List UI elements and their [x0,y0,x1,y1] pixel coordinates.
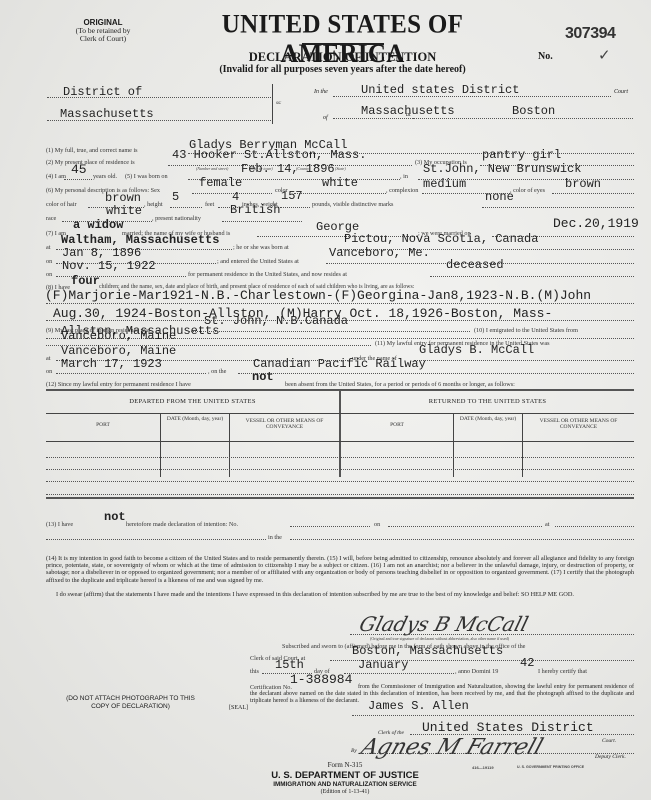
clerk-name-line [352,715,634,716]
eye-color: brown [565,178,601,190]
district-line [47,97,271,98]
race-label: race [46,215,56,222]
item-13-number-line [290,526,370,527]
col-header-port-departed: PORT [46,422,160,428]
district-state: Massachusetts [60,108,154,120]
complexion-label: , complexion [386,187,418,194]
entry-name-line [414,360,634,361]
deputy-clerk-label: Deputy Clerk. [595,754,626,760]
signature-caption: (Original and true signature of declaran… [370,636,509,641]
sublabel-state: (State) [335,166,346,171]
nationality: British [230,204,280,216]
venue-bracket [272,84,273,124]
birth-in-label: , in [400,173,408,180]
feet-label: feet [205,201,214,208]
photo-note: (DO NOT ATTACH PHOTOGRAPH TO THIS COPY O… [48,695,213,710]
occupation: pantry girl [482,149,561,161]
anno-domini-label: , anno Domini 19 [455,668,498,675]
district-state-line [47,120,271,121]
marks-label: pounds, visible distinctive marks [312,201,393,208]
subtitle-note: (Invalid for all purposes seven years af… [165,64,520,75]
clerk-at-place: Boston, Massachusetts [352,645,503,657]
item-13-in-the-label: in the [268,534,282,541]
foreign-residence: St. John, N.B.Canada [204,315,348,327]
check-mark-icon: ✓ [598,46,611,65]
weight-line [280,207,310,208]
sublabel-number-street: (Number and street) [196,166,228,171]
oath-month-line [344,673,454,674]
item-13-value: not [104,511,126,523]
height-feet-line [170,207,202,208]
item-13-on-label: on [374,521,380,528]
spouse-entry-on-label: on [46,271,52,278]
photo-note-line-2: COPY OF DECLARATION) [48,703,213,711]
col-header-date-departed: DATE (Month, day, year) [161,416,229,422]
vessel-name: Canadian Pacific Railway [253,358,426,370]
hair-label: color of hair [46,201,77,208]
oath-year: 42 [520,657,534,669]
col-header-port-returned: PORT [341,422,453,428]
eyes-line [552,193,634,194]
of-label: of [323,115,328,121]
court-label: Court [614,89,628,95]
document-subtitle: DECLARATION OF INTENTION [165,50,520,65]
permanent-residence-label: for permanent residence in the United St… [188,271,347,278]
item-10-label: (10) I emigrated to the United States fr… [474,327,578,334]
this-label: this [250,668,259,675]
entry-date-line [56,373,206,374]
serial-number: 307394 [565,25,615,43]
by-label: By [351,748,357,754]
item-13-place-line [555,526,634,527]
court-city: Boston [512,105,555,117]
clerk-court: United States District [422,721,594,734]
entry-name: Gladys B. McCall [419,344,534,356]
children-line-1: (F)Marjorie-Mar1921-N.B.-Charlestown-(F)… [45,289,591,302]
foreign-residence-line [188,331,470,332]
item-13-label-b: heretofore made declaration of intention… [126,521,238,528]
sex: female [199,177,242,189]
departed-header: DEPARTED FROM THE UNITED STATES [46,398,339,405]
col-header-date-returned: DATE (Month, day, year) [454,416,522,422]
residence: 43 Hooker St.Allston, Mass. [172,149,366,161]
certify-label: I hereby certify that [538,668,587,675]
item-13-at-label: at [545,521,549,528]
item-13-date-line [388,526,542,527]
clerk-name: James S. Allen [368,700,469,712]
item-13-label-a: (13) I have [46,521,73,528]
edition-note: (Edition of 1-13-41) [230,789,460,795]
title-rule [302,43,384,45]
nationality-line [222,221,302,222]
complexion: medium [423,178,466,190]
item-13-state-line [46,539,266,540]
spouse-birthplace: Pictou, Nova Scotia, Canada [344,233,538,245]
absent-value: not [252,371,274,383]
color-line [294,193,386,194]
entry-at-label: at [46,355,50,362]
photo-note-line-1: (DO NOT ATTACH PHOTOGRAPH TO THIS [48,695,213,703]
seal-label: [SEAL] [229,705,248,711]
returned-header: RETURNED TO THE UNITED STATES [341,398,634,405]
table-row[interactable] [46,469,634,470]
emigrated-from: Vanceboro, Maine [61,330,176,342]
marital-status: a widow [73,219,123,231]
deputy-line [360,753,634,754]
spouse-entry-date: Nov. 15, 1922 [62,260,156,272]
table-row[interactable] [46,494,634,495]
swear-paragraph: I do swear (affirm) that the statements … [46,591,634,598]
item-6-label: (6) My personal description is as follow… [46,187,160,194]
entry-place: Vanceboro, Maine [61,345,176,357]
marks-line [482,207,634,208]
declaration-of-intention-document: ORIGINAL (To be retained by Clerk of Cou… [0,0,651,800]
children-count: four [71,275,100,287]
deputy-signature: Agnes M Farrell [358,735,546,760]
original-note: (To be retained by Clerk of Court) [45,27,161,43]
original-note-line-2: Clerk of Court) [45,35,161,43]
item-13-court-line [290,539,634,540]
eyes-label: , color of eyes [510,187,545,194]
service-name: IMMIGRATION AND NATURALIZATION SERVICE [230,781,460,788]
table-bottom-rule [46,497,634,499]
oath-day: 15th [275,659,304,671]
spouse-residence-line [430,276,634,277]
item-1-label: (1) My full, true, and correct name is [46,147,138,154]
birth-date: Feb. 14, 1896 [241,163,335,175]
years-old-label: years old. [93,173,117,180]
on-the-label: , on the [208,368,226,375]
declarant-signature: Gladys B McCall [357,612,531,636]
header-rule [46,413,634,414]
spouse-born-label: ; he or she was born at [233,244,289,251]
item-12-label-a: (12) Since my lawful entry for permanent… [46,381,191,388]
print-code: 416—19119 [472,765,494,770]
height-label: , height [144,201,163,208]
marriage-date: Dec.20,1919 [553,217,639,230]
weight: 157 [281,190,303,202]
printer-name: U. S. GOVERNMENT PRINTING OFFICE [517,765,584,769]
department-name: U. S. DEPARTMENT OF JUSTICE [230,770,460,781]
spouse-residence: deceased [446,259,504,271]
ss-label: ss: [276,101,282,106]
item-12-label-b: been absent from the United States, for … [285,381,515,388]
spouse-entry-place: Vanceboro, Me. [329,247,430,259]
race: white [106,205,142,217]
oath-paragraph: (14) It is my intention in good faith to… [46,555,634,584]
distinctive-marks: none [485,191,514,203]
col-divider-3 [453,413,454,477]
birth-place: St.John, New Brunswick [423,163,581,175]
hair-color: brown [105,192,141,204]
color: white [322,177,358,189]
height-inches: 4 [232,191,239,203]
spouse-born-on-label: on [46,258,52,265]
col-header-vessel-departed: VESSEL OR OTHER MEANS OF CONVEYANCE [230,418,339,431]
col-divider-1 [160,413,161,477]
married-at-label: at [46,244,50,251]
vessel-line [238,373,634,374]
oath-month: January [358,659,408,671]
height-feet: 5 [172,191,179,203]
item-5-label: (5) I was born on [125,173,168,180]
children-line-1-rule [46,303,634,304]
spouse-birth-date: Jan 8, 1896 [62,247,141,259]
in-the-label: In the [314,89,328,95]
spouse-entered-label: ; and entered the United States at [217,258,299,265]
court-label: Court. [602,738,616,744]
entry-on-label: on [46,368,52,375]
age: 45 [71,163,87,176]
entry-date: March 17, 1923 [61,358,162,370]
signature-line [350,634,634,635]
number-label: No. [538,51,553,62]
item-4-label: (4) I am [46,173,66,180]
col-header-rule [46,441,634,442]
table-row[interactable] [46,457,634,458]
court-city-line [413,118,633,119]
age-line [64,179,92,180]
nationality-label: , present nationality [152,215,201,222]
col-header-vessel-returned: VESSEL OR OTHER MEANS OF CONVEYANCE [523,418,634,431]
court-name: United states District [361,84,519,96]
marriage-place: Waltham, Massachusetts [61,234,219,246]
table-row[interactable] [46,481,634,482]
form-number: Form N-315 [250,761,440,769]
court-line [333,96,611,97]
at-label: at [406,112,411,118]
item-2-label: (2) My present place of residence is [46,159,135,166]
